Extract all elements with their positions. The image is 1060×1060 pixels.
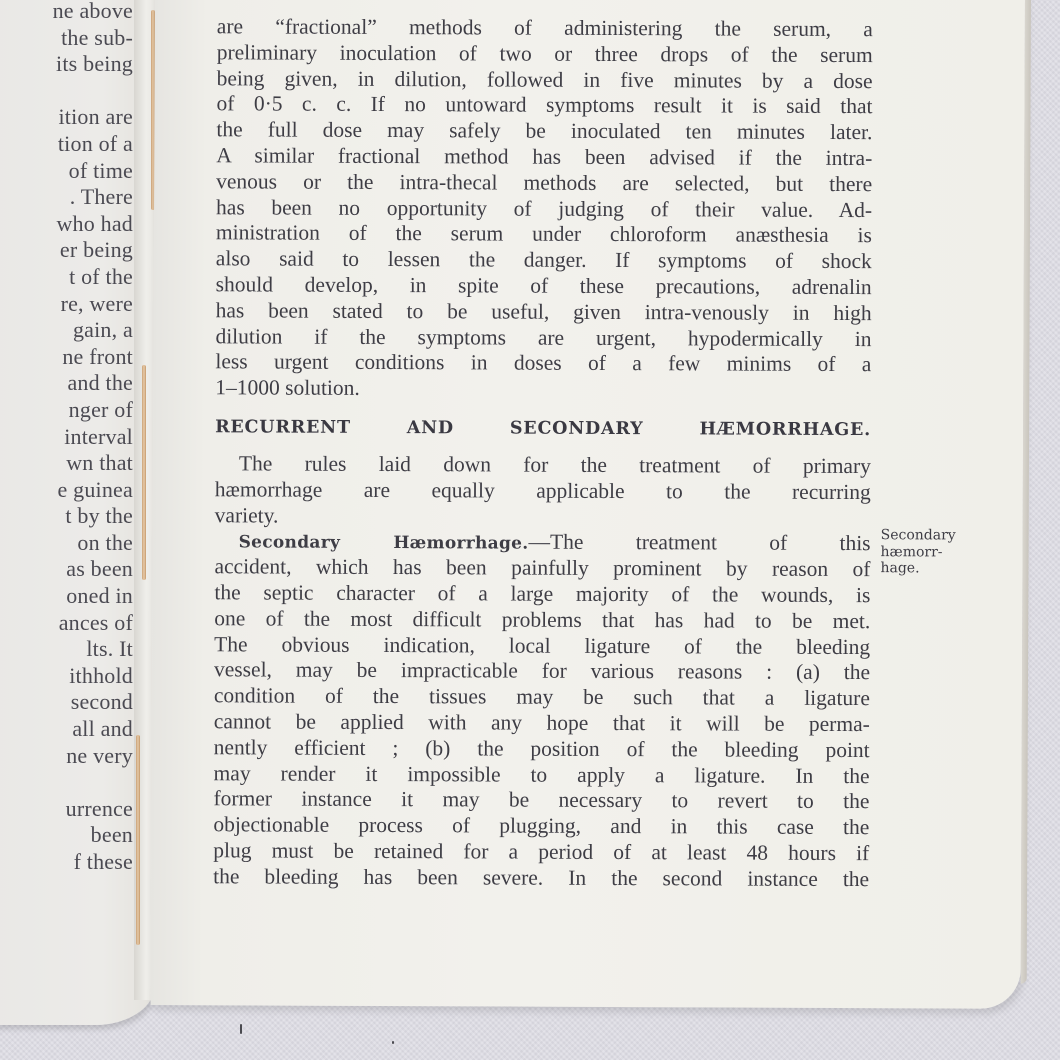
text-line: 1–1000 solution. — [215, 375, 871, 404]
left-page-text: ne abovethe sub-its beingition aretion o… — [0, 0, 133, 876]
margin-note: Secondaryhæmorr-hage. — [880, 527, 990, 577]
text-line: the full dose may safely be inoculated t… — [216, 117, 872, 146]
text-line: venous or the intra-thecal methods are s… — [216, 169, 872, 198]
text-line: former instance it may be necessary to r… — [213, 787, 869, 816]
left-page-line: t by the — [0, 503, 133, 530]
text-line: A similar fractional method has been adv… — [216, 143, 872, 172]
lint-speck — [240, 1024, 242, 1034]
paragraph-serum-methods: are “fractional” methods of administerin… — [215, 14, 873, 404]
margin-note-line: hage. — [880, 560, 990, 577]
first-line-text: —The treatment of this — [528, 530, 870, 555]
lint-speck — [392, 1041, 394, 1044]
paragraph-secondary-haemorrhage: Secondary Hæmorrhage.—The treatment of t… — [213, 529, 871, 893]
gilt-edge-middle — [142, 365, 146, 580]
left-page-line: . There — [0, 184, 133, 211]
text-line: being given, in dilution, followed in fi… — [217, 66, 873, 95]
left-page-line: interval — [0, 424, 133, 451]
left-page-line: ne very — [0, 743, 133, 770]
text-line: variety. — [215, 503, 871, 532]
page-stack-edge — [1021, 0, 1031, 984]
text-line: has been no opportunity of judging of th… — [216, 195, 872, 224]
left-page: ne abovethe sub-its beingition aretion o… — [0, 0, 155, 1025]
text-line: condition of the tissues may be such tha… — [214, 683, 870, 712]
text-line: one of the most difficult problems that … — [214, 606, 870, 635]
text-line: plug must be retained for a period of at… — [213, 838, 869, 867]
paragraph-recurrent-haemorrhage: The rules laid down for the treatment of… — [215, 451, 871, 531]
left-page-line: t of the — [0, 264, 133, 291]
left-page-line: second — [0, 689, 133, 716]
left-page-line: ne front — [0, 344, 133, 371]
page-body: are “fractional” methods of administerin… — [213, 14, 873, 892]
text-line: also said to lessen the danger. If sympt… — [216, 246, 872, 275]
left-page-line: er being — [0, 237, 133, 264]
left-page-line: e guinea — [0, 477, 133, 504]
left-page-line: f these — [0, 849, 133, 876]
left-page-line: gain, a — [0, 317, 133, 344]
left-page-line: oned in — [0, 583, 133, 610]
margin-note-line: hæmorr- — [881, 544, 991, 561]
text-line: The obvious indication, local ligature o… — [214, 632, 870, 661]
left-page-line: wn that — [0, 450, 133, 477]
left-page-line: been — [0, 822, 133, 849]
text-line: dilution if the symptoms are urgent, hyp… — [215, 324, 871, 353]
right-page: are “fractional” methods of administerin… — [151, 0, 1025, 1009]
left-page-line: re, were — [0, 291, 133, 318]
left-page-line: urrence — [0, 796, 133, 823]
text-line: vessel, may be impracticable for various… — [214, 658, 870, 687]
left-page-line: as been — [0, 556, 133, 583]
left-page-line: of time — [0, 158, 133, 185]
text-line: preliminary inoculation of two or three … — [217, 40, 873, 69]
text-line: of 0·5 c. c. If no untoward symptoms res… — [216, 92, 872, 121]
text-line: ministration of the serum under chlorofo… — [216, 221, 872, 250]
left-page-line: and the — [0, 370, 133, 397]
left-page-line: on the — [0, 530, 133, 557]
text-line: may render it impossible to apply a liga… — [214, 761, 870, 790]
text-line: the bleeding has been severe. In the sec… — [213, 864, 869, 893]
left-page-line — [0, 769, 133, 796]
text-line: nently efficient ; (b) the position of t… — [214, 735, 870, 764]
text-line: The rules laid down for the treatment of… — [215, 451, 871, 480]
text-line: has been stated to be useful, given intr… — [216, 298, 872, 327]
text-line: hæmorrhage are equally applicable to the… — [215, 477, 871, 506]
text-line: objectionable process of plugging, and i… — [213, 812, 869, 841]
gilt-edge-bottom — [136, 735, 140, 945]
left-page-line: its being — [0, 51, 133, 78]
section-heading: RECURRENT AND SECONDARY HÆMORRHAGE. — [215, 415, 871, 444]
left-page-line: all and — [0, 716, 133, 743]
text-line: the septic character of a large majority… — [214, 580, 870, 609]
left-page-line: ne above — [0, 0, 133, 25]
left-page-line: tion of a — [0, 131, 133, 158]
left-page-line: lts. It — [0, 636, 133, 663]
left-page-line — [0, 78, 133, 105]
paragraph-first-line: Secondary Hæmorrhage.—The treatment of t… — [215, 529, 871, 558]
left-page-line: who had — [0, 211, 133, 238]
text-line: should develop, in spite of these precau… — [216, 272, 872, 301]
paragraph-body: accident, which has been painfully promi… — [213, 554, 870, 892]
left-page-line: the sub- — [0, 25, 133, 52]
left-page-line: nger of — [0, 397, 133, 424]
text-line: cannot be applied with any hope that it … — [214, 709, 870, 738]
margin-note-line: Secondary — [881, 527, 991, 544]
text-line: accident, which has been painfully promi… — [214, 554, 870, 583]
text-line: are “fractional” methods of administerin… — [217, 14, 873, 43]
left-page-line: ithhold — [0, 663, 133, 690]
left-page-line: ition are — [0, 104, 133, 131]
left-page-line: ances of — [0, 610, 133, 637]
run-in-heading: Secondary Hæmorrhage. — [239, 533, 529, 554]
text-line: less urgent conditions in doses of a few… — [215, 350, 871, 379]
